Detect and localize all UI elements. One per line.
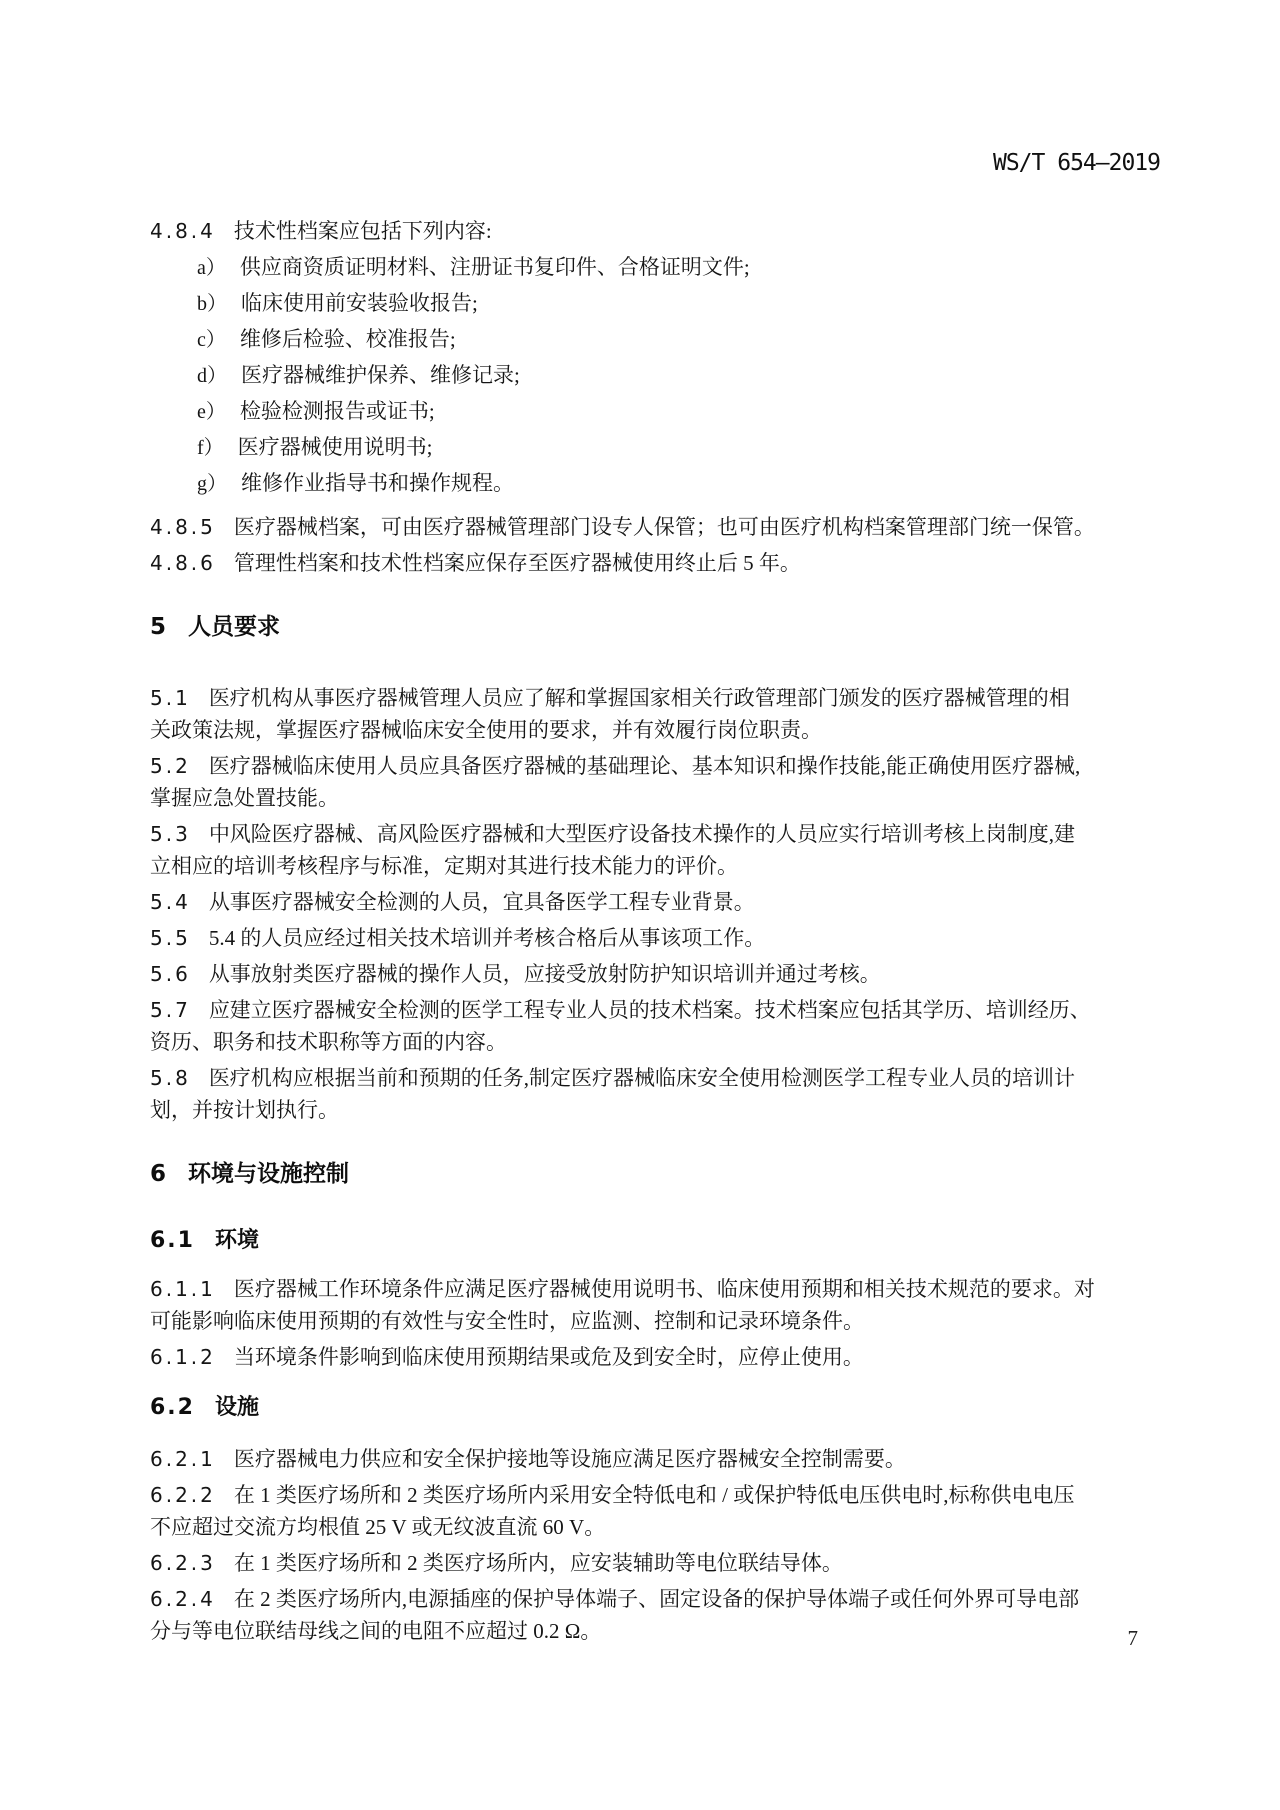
section-title: 环境与设施控制 bbox=[188, 1161, 349, 1187]
document-page: WS/T 654—2019 4.8.4技术性档案应包括下列内容: a）供应商资质… bbox=[0, 0, 1280, 1810]
clause-text: 中风险医疗器械、高风险医疗器械和大型医疗设备技术操作的人员应实行培训考核上岗制度… bbox=[150, 822, 1075, 878]
section-number: 6 bbox=[150, 1161, 168, 1187]
document-body: 4.8.4技术性档案应包括下列内容: a）供应商资质证明材料、注册证书复印件、合… bbox=[150, 215, 1154, 1651]
clause-4-8-4: 4.8.4技术性档案应包括下列内容: bbox=[150, 215, 1154, 247]
clause-number: 5.3 bbox=[150, 822, 191, 846]
section-number: 5 bbox=[150, 614, 168, 640]
subsection-number: 6.2 bbox=[150, 1395, 195, 1420]
page-number: 7 bbox=[1128, 1626, 1139, 1651]
list-letter: d） bbox=[197, 365, 227, 387]
clause-text: 医疗机构从事医疗器械管理人员应了解和掌握国家相关行政管理部门颁发的医疗器械管理的… bbox=[150, 686, 1070, 742]
clause-number: 6.1.2 bbox=[150, 1345, 216, 1369]
list-item-e: e）检验检测报告或证书; bbox=[150, 395, 1154, 428]
list-item-c: c）维修后检验、校准报告; bbox=[150, 323, 1154, 356]
clause-text: 医疗器械临床使用人员应具备医疗器械的基础理论、基本知识和操作技能,能正确使用医疗… bbox=[150, 754, 1080, 810]
clause-text: 技术性档案应包括下列内容: bbox=[234, 219, 492, 243]
clause-text: 应建立医疗器械安全检测的医学工程专业人员的技术档案。技术档案应包括其学历、培训经… bbox=[150, 998, 1091, 1054]
list-letter: e） bbox=[197, 401, 226, 423]
subsection-number: 6.1 bbox=[150, 1228, 195, 1253]
clause-text: 医疗器械电力供应和安全保护接地等设施应满足医疗器械安全控制需要。 bbox=[234, 1447, 906, 1471]
clause-text: 医疗器械工作环境条件应满足医疗器械使用说明书、临床使用预期和相关技术规范的要求。… bbox=[150, 1277, 1095, 1333]
clause-5-5: 5.55.4 的人员应经过相关技术培训并考核合格后从事该项工作。 bbox=[150, 922, 1154, 954]
section-heading-5: 5人员要求 bbox=[150, 612, 1154, 642]
clause-text: 从事医疗器械安全检测的人员，宜具备医学工程专业背景。 bbox=[209, 890, 755, 914]
clause-text: 医疗机构应根据当前和预期的任务,制定医疗器械临床安全使用检测医学工程专业人员的培… bbox=[150, 1066, 1075, 1122]
clause-6-2-2: 6.2.2在 1 类医疗场所和 2 类医疗场所内采用安全特低电和 / 或保护特低… bbox=[150, 1479, 1154, 1543]
clause-5-7: 5.7应建立医疗器械安全检测的医学工程专业人员的技术档案。技术档案应包括其学历、… bbox=[150, 994, 1154, 1058]
list-letter: g） bbox=[197, 473, 227, 495]
clause-4-8-6: 4.8.6管理性档案和技术性档案应保存至医疗器械使用终止后 5 年。 bbox=[150, 547, 1154, 579]
list-text: 临床使用前安装验收报告; bbox=[241, 291, 478, 315]
clause-5-3: 5.3中风险医疗器械、高风险医疗器械和大型医疗设备技术操作的人员应实行培训考核上… bbox=[150, 818, 1154, 882]
clause-5-4: 5.4从事医疗器械安全检测的人员，宜具备医学工程专业背景。 bbox=[150, 886, 1154, 918]
list-text: 医疗器械使用说明书; bbox=[238, 435, 433, 459]
clause-6-2-4: 6.2.4在 2 类医疗场所内,电源插座的保护导体端子、固定设备的保护导体端子或… bbox=[150, 1583, 1154, 1647]
clause-number: 5.2 bbox=[150, 754, 191, 778]
clause-text: 在 1 类医疗场所和 2 类医疗场所内采用安全特低电和 / 或保护特低电压供电时… bbox=[150, 1483, 1074, 1539]
clause-6-2-3: 6.2.3在 1 类医疗场所和 2 类医疗场所内，应安装辅助等电位联结导体。 bbox=[150, 1547, 1154, 1579]
clause-number: 6.2.3 bbox=[150, 1551, 216, 1575]
list-item-d: d）医疗器械维护保养、维修记录; bbox=[150, 359, 1154, 392]
list-item-g: g）维修作业指导书和操作规程。 bbox=[150, 467, 1154, 500]
clause-6-1-1: 6.1.1医疗器械工作环境条件应满足医疗器械使用说明书、临床使用预期和相关技术规… bbox=[150, 1273, 1154, 1337]
clause-text: 管理性档案和技术性档案应保存至医疗器械使用终止后 5 年。 bbox=[234, 551, 801, 575]
clause-number: 4.8.6 bbox=[150, 551, 216, 575]
clause-5-6: 5.6从事放射类医疗器械的操作人员，应接受放射防护知识培训并通过考核。 bbox=[150, 958, 1154, 990]
clause-number: 5.8 bbox=[150, 1066, 191, 1090]
clause-number: 6.2.2 bbox=[150, 1483, 216, 1507]
clause-text: 当环境条件影响到临床使用预期结果或危及到安全时，应停止使用。 bbox=[234, 1345, 864, 1369]
clause-text: 5.4 的人员应经过相关技术培训并考核合格后从事该项工作。 bbox=[209, 926, 766, 950]
clause-number: 4.8.4 bbox=[150, 219, 216, 243]
list-letter: a） bbox=[197, 257, 226, 279]
standard-number: WS/T 654—2019 bbox=[993, 150, 1160, 176]
list-item-a: a）供应商资质证明材料、注册证书复印件、合格证明文件; bbox=[150, 251, 1154, 284]
list-letter: c） bbox=[197, 329, 226, 351]
list-text: 维修作业指导书和操作规程。 bbox=[241, 471, 514, 495]
subsection-heading-6-1: 6.1环境 bbox=[150, 1226, 1154, 1256]
clause-number: 5.5 bbox=[150, 926, 191, 950]
list-letter: f） bbox=[197, 437, 224, 459]
clause-4-8-5: 4.8.5医疗器械档案，可由医疗器械管理部门设专人保管；也可由医疗机构档案管理部… bbox=[150, 511, 1154, 543]
list-item-f: f）医疗器械使用说明书; bbox=[150, 431, 1154, 464]
clause-number: 6.2.4 bbox=[150, 1587, 216, 1611]
section-heading-6: 6环境与设施控制 bbox=[150, 1159, 1154, 1189]
list-text: 维修后检验、校准报告; bbox=[240, 327, 456, 351]
list-text: 供应商资质证明材料、注册证书复印件、合格证明文件; bbox=[240, 255, 750, 279]
subsection-title: 设施 bbox=[215, 1395, 259, 1420]
clause-number: 5.6 bbox=[150, 962, 191, 986]
subsection-heading-6-2: 6.2设施 bbox=[150, 1393, 1154, 1423]
clause-text: 从事放射类医疗器械的操作人员，应接受放射防护知识培训并通过考核。 bbox=[209, 962, 881, 986]
clause-6-1-2: 6.1.2当环境条件影响到临床使用预期结果或危及到安全时，应停止使用。 bbox=[150, 1341, 1154, 1373]
clause-text: 在 2 类医疗场所内,电源插座的保护导体端子、固定设备的保护导体端子或任何外界可… bbox=[150, 1587, 1079, 1643]
clause-number: 4.8.5 bbox=[150, 515, 216, 539]
clause-text: 在 1 类医疗场所和 2 类医疗场所内，应安装辅助等电位联结导体。 bbox=[234, 1551, 843, 1575]
list-text: 医疗器械维护保养、维修记录; bbox=[241, 363, 520, 387]
clause-5-8: 5.8医疗机构应根据当前和预期的任务,制定医疗器械临床安全使用检测医学工程专业人… bbox=[150, 1062, 1154, 1126]
clause-number: 5.4 bbox=[150, 890, 191, 914]
clause-number: 6.2.1 bbox=[150, 1447, 216, 1471]
list-text: 检验检测报告或证书; bbox=[240, 399, 435, 423]
list-item-b: b）临床使用前安装验收报告; bbox=[150, 287, 1154, 320]
clause-5-1: 5.1医疗机构从事医疗器械管理人员应了解和掌握国家相关行政管理部门颁发的医疗器械… bbox=[150, 682, 1154, 746]
clause-number: 5.1 bbox=[150, 686, 191, 710]
section-title: 人员要求 bbox=[188, 614, 280, 640]
list-letter: b） bbox=[197, 293, 227, 315]
clause-text: 医疗器械档案，可由医疗器械管理部门设专人保管；也可由医疗机构档案管理部门统一保管… bbox=[234, 515, 1095, 539]
clause-number: 6.1.1 bbox=[150, 1277, 216, 1301]
clause-number: 5.7 bbox=[150, 998, 191, 1022]
clause-6-2-1: 6.2.1医疗器械电力供应和安全保护接地等设施应满足医疗器械安全控制需要。 bbox=[150, 1443, 1154, 1475]
subsection-title: 环境 bbox=[215, 1228, 259, 1253]
clause-5-2: 5.2医疗器械临床使用人员应具备医疗器械的基础理论、基本知识和操作技能,能正确使… bbox=[150, 750, 1154, 814]
